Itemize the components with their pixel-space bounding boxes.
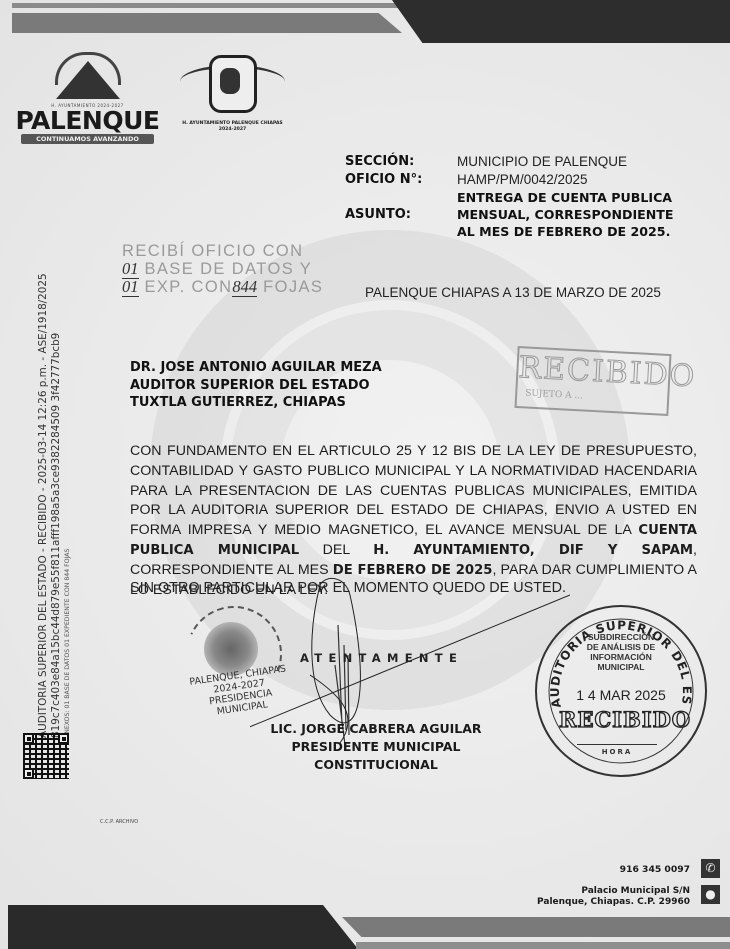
received-note-line1: RECIBÍ OFICIO CON	[122, 242, 323, 260]
addressee-title: AUDITOR SUPERIOR DEL ESTADO	[130, 377, 382, 395]
qr-finder	[23, 733, 34, 744]
side-receipt-annexes: ANEXOS: 01 BASE DE DATOS 01 EXPEDIENTE C…	[63, 218, 73, 738]
letter-metadata: SECCIÓN: MUNICIPIO DE PALENQUE OFICIO N°…	[345, 153, 674, 240]
signer-title: PRESIDENTE MUNICIPAL CONSTITUCIONAL	[228, 738, 524, 774]
handwritten-count: 01	[122, 259, 139, 279]
date-line: PALENQUE CHIAPAS A 13 DE MARZO DE 2025	[365, 285, 661, 300]
header-decor-stripe-thin	[12, 3, 404, 8]
section-label: SECCIÓN:	[345, 153, 457, 171]
faded-received-stamp: RECIBIDO SUJETO A ...	[514, 346, 671, 416]
footer-phone: 916 345 0097	[620, 864, 690, 875]
letter-page: H. AYUNTAMIENTO 2024-2027 PALENQUE CONTI…	[0, 0, 730, 949]
shield-icon	[209, 55, 257, 113]
qr-finder	[23, 768, 34, 779]
footer-address: Palacio Municipal S/N Palenque, Chiapas.…	[537, 886, 690, 908]
address-line2: Palenque, Chiapas. C.P. 29960	[537, 897, 690, 908]
qr-code[interactable]	[23, 733, 69, 779]
coat-of-arms-logo: H. AYUNTAMIENTO PALENQUE CHIAPAS 2024-20…	[180, 53, 285, 148]
subject-line: ENTREGA DE CUENTA PUBLICA	[457, 189, 674, 206]
oficio-label: OFICIO N°:	[345, 171, 457, 189]
address-line1: Palacio Municipal S/N	[537, 886, 690, 897]
subject-line: MENSUAL, CORRESPONDIENTE	[457, 206, 674, 223]
pyramid-icon	[56, 61, 120, 99]
received-note-line3a: EXP. CON	[144, 278, 232, 296]
stamp-date: 1 4 MAR 2025	[567, 687, 675, 703]
phone-icon: ✆	[701, 859, 720, 878]
reception-stamp: AUDITORIA SUPERIOR DEL ESTADO DE CHIAPAS…	[535, 605, 707, 777]
stamp-hour-label: HORA	[577, 748, 657, 756]
stamp-sub1: SUBDIRECCIÓN	[567, 632, 675, 642]
side-receipt-line1: AUDITORIA SUPERIOR DEL ESTADO - RECIBIDO…	[37, 218, 50, 738]
section-value: MUNICIPIO DE PALENQUE	[457, 153, 627, 171]
oficio-value: HAMP/PM/0042/2025	[457, 171, 588, 189]
addressee-block: DR. JOSE ANTONIO AGUILAR MEZA AUDITOR SU…	[130, 359, 382, 412]
addressee-name: DR. JOSE ANTONIO AGUILAR MEZA	[130, 359, 382, 377]
received-note-line3b: FOJAS	[263, 278, 323, 296]
coat-caption-line2: 2024-2027	[180, 127, 285, 133]
body-text: DEL	[299, 542, 373, 558]
body-text: CON FUNDAMENTO EN EL ARTICULO 25 Y 12 BI…	[130, 443, 697, 538]
subject-label: ASUNTO:	[345, 189, 457, 240]
side-receipt-hash: 819c7c403e84a15bc44d879e55f811afff198a5a…	[50, 218, 63, 738]
stamp-sub2: DE ANÁLISIS DE	[567, 642, 675, 652]
location-pin-icon: ●	[701, 885, 720, 904]
footer-decor-band	[8, 905, 358, 949]
signer-name: LIC. JORGE CABRERA AGUILAR	[228, 720, 524, 738]
header-decor-stripe	[12, 13, 402, 33]
header-decor-band	[392, 0, 730, 43]
stamp-status: RECIBIDO	[559, 707, 683, 732]
signer-block: LIC. JORGE CABRERA AGUILAR PRESIDENTE MU…	[228, 720, 524, 774]
logo-name: PALENQUE	[15, 108, 160, 134]
logo-tagline: CONTINUAMOS AVANZANDO	[21, 134, 154, 144]
atentamente-label: ATENTAMENTE	[300, 651, 463, 665]
ccp-archive: C.C.P. ARCHIVO	[100, 819, 138, 825]
footer-decor-stripe-thin	[356, 942, 730, 949]
phone-number: 916 345 0097	[620, 864, 690, 875]
addressee-location: TUXTLA GUTIERREZ, CHIAPAS	[130, 394, 382, 412]
palenque-logo: H. AYUNTAMIENTO 2024-2027 PALENQUE CONTI…	[15, 52, 160, 147]
footer-decor-stripe	[342, 917, 730, 937]
handwritten-page-count: 844	[232, 277, 257, 297]
stamp-sub3: INFORMACIÓN MUNICIPAL	[567, 652, 675, 672]
side-receipt-text: AUDITORIA SUPERIOR DEL ESTADO - RECIBIDO…	[37, 218, 73, 738]
stamp-hour-line	[577, 744, 657, 745]
handwritten-count: 01	[122, 277, 139, 297]
received-note-line2: BASE DE DATOS Y	[144, 260, 312, 278]
qr-finder	[58, 733, 69, 744]
body-bold-text: H. AYUNTAMIENTO, DIF Y SAPAM	[373, 543, 693, 558]
received-note-stamp: RECIBÍ OFICIO CON 01 BASE DE DATOS Y 01 …	[122, 242, 323, 296]
subject-line: AL MES DE FEBRERO DE 2025.	[457, 223, 674, 240]
